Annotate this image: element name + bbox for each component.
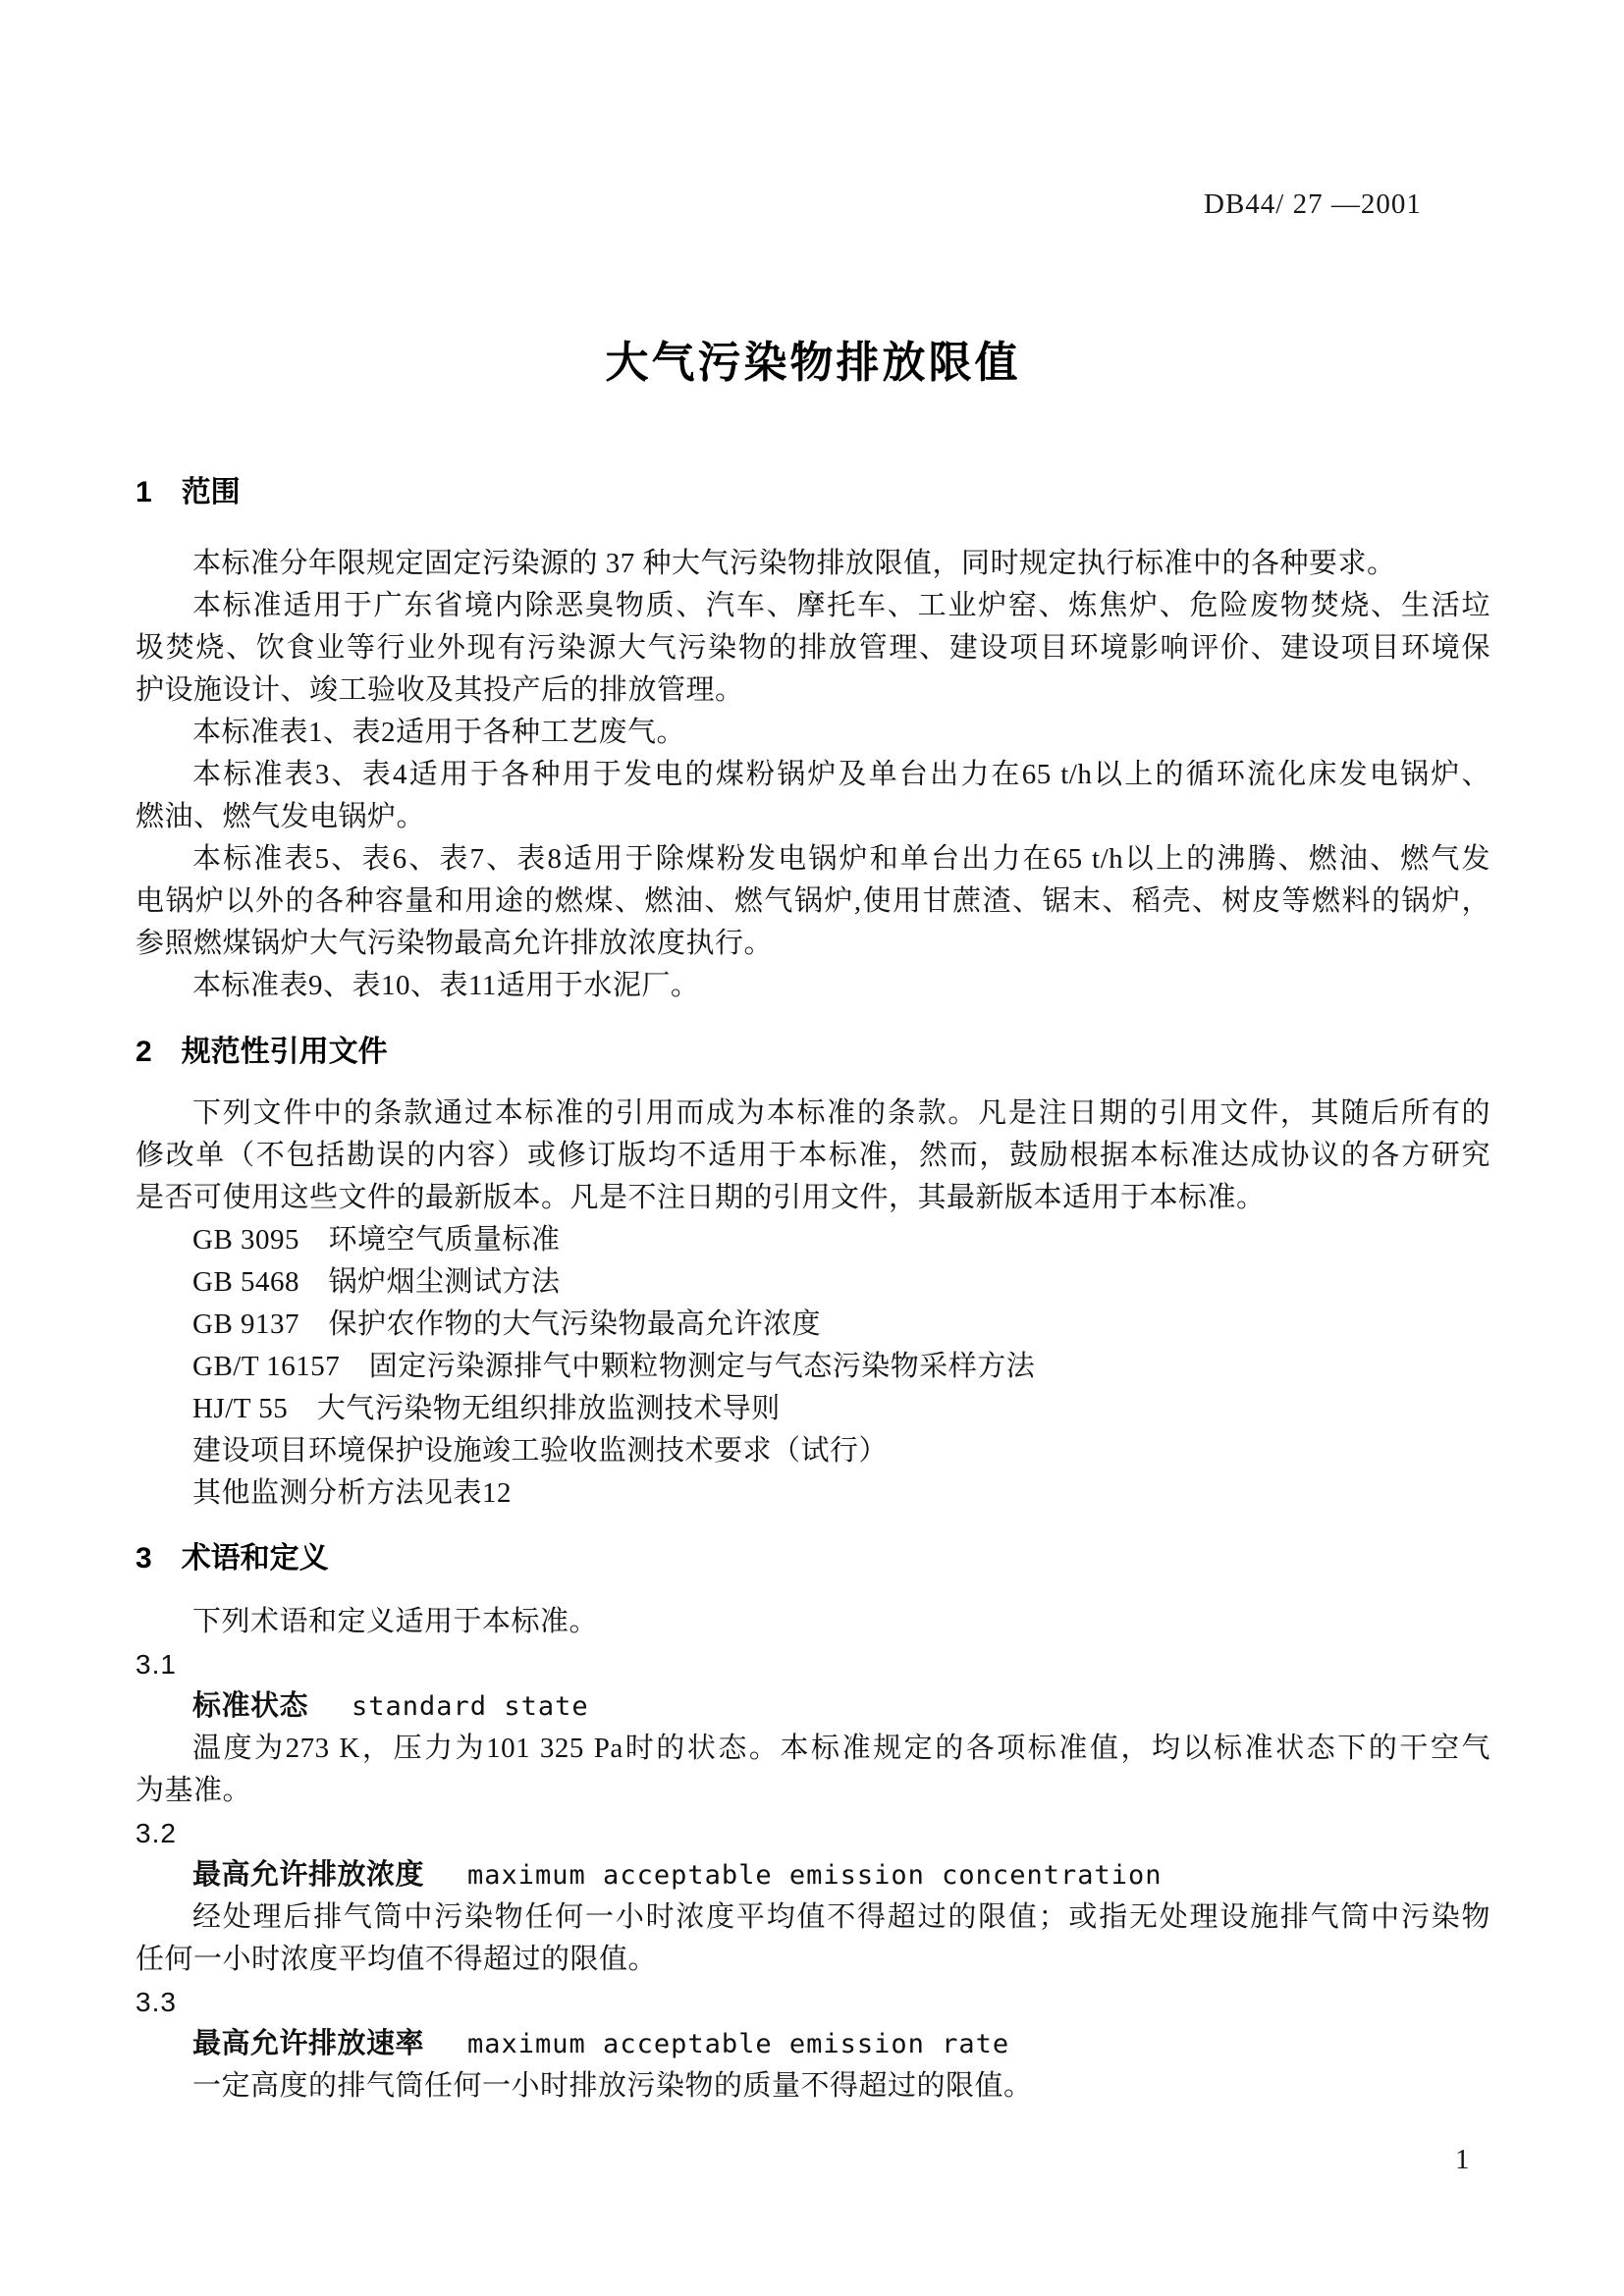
scope-line: 护设施设计、竣工验收及其投产后的排放管理。 bbox=[135, 669, 1490, 712]
reference-item: GB 3095 环境空气质量标准 bbox=[135, 1219, 1490, 1261]
section-2-heading: 2规范性引用文件 bbox=[135, 1031, 1490, 1074]
section-1-heading: 1范围 bbox=[135, 471, 1490, 514]
scope-line: 电锅炉以外的各种容量和用途的燃煤、燃油、燃气锅炉,使用甘蔗渣、锯末、稻壳、树皮等… bbox=[135, 881, 1490, 923]
definition-line: 经处理后排气筒中污染物任何一小时浓度平均值不得超过的限值；或指无处理设施排气筒中… bbox=[135, 1896, 1490, 1939]
scope-line: 本标准表5、表6、表7、表8适用于除煤粉发电锅炉和单台出力在65 t/h以上的沸… bbox=[135, 838, 1490, 881]
references-paragraph-line: 修改单（不包括勘误的内容）或修订版均不适用于本标准，然而，鼓励根据本标准达成协议… bbox=[135, 1135, 1490, 1177]
section-1-number: 1 bbox=[135, 476, 152, 508]
scope-line: 圾焚烧、饮食业等行业外现有污染源大气污染物的排放管理、建设项目环境影响评价、建设… bbox=[135, 627, 1490, 669]
reference-item: 建设项目环境保护设施竣工验收监测技术要求（试行） bbox=[135, 1430, 1490, 1472]
section-3-body: 下列术语和定义适用于本标准。 3.1 标准状态standard state 温度… bbox=[135, 1601, 1490, 2108]
reference-item: GB/T 16157 固定污染源排气中颗粒物测定与气态污染物采样方法 bbox=[135, 1346, 1490, 1388]
term-number: 3.1 bbox=[135, 1643, 1490, 1685]
term-number: 3.2 bbox=[135, 1812, 1490, 1854]
scope-line: 本标准表9、表10、表11适用于水泥厂。 bbox=[135, 965, 1490, 1007]
definition-line: 任何一小时浓度平均值不得超过的限值。 bbox=[135, 1939, 1490, 1981]
term-heading: 标准状态standard state bbox=[135, 1685, 1490, 1728]
page-content: 大气污染物排放限值 1范围 本标准分年限规定固定污染源的 37 种大气污染物排放… bbox=[135, 0, 1490, 2108]
section-2-body: 下列文件中的条款通过本标准的引用而成为本标准的条款。凡是注日期的引用文件，其随后… bbox=[135, 1093, 1490, 1515]
definition-line: 温度为273 K，压力为101 325 Pa时的状态。本标准规定的各项标准值，均… bbox=[135, 1728, 1490, 1770]
terms-intro-line: 下列术语和定义适用于本标准。 bbox=[135, 1601, 1490, 1643]
document-title: 大气污染物排放限值 bbox=[135, 0, 1490, 391]
scope-line: 参照燃煤锅炉大气污染物最高允许排放浓度执行。 bbox=[135, 923, 1490, 965]
definition-line: 一定高度的排气筒任何一小时排放污染物的质量不得超过的限值。 bbox=[135, 2065, 1490, 2108]
page-number: 1 bbox=[1455, 2144, 1470, 2176]
term-heading: 最高允许排放浓度maximum acceptable emission conc… bbox=[135, 1854, 1490, 1896]
section-1-body: 本标准分年限规定固定污染源的 37 种大气污染物排放限值，同时规定执行标准中的各… bbox=[135, 543, 1490, 1007]
definition-line: 为基准。 bbox=[135, 1770, 1490, 1812]
section-1-title: 范围 bbox=[182, 476, 241, 508]
term-name-en: maximum acceptable emission concentratio… bbox=[467, 1860, 1162, 1891]
scope-line: 本标准表3、表4适用于各种用于发电的煤粉锅炉及单台出力在65 t/h以上的循环流… bbox=[135, 754, 1490, 796]
reference-item: GB 9137 保护农作物的大气污染物最高允许浓度 bbox=[135, 1304, 1490, 1346]
section-3-title: 术语和定义 bbox=[182, 1542, 329, 1575]
reference-item: 其他监测分析方法见表12 bbox=[135, 1472, 1490, 1515]
term-name-zh: 标准状态 bbox=[192, 1690, 308, 1722]
term-name-en: standard state bbox=[352, 1691, 589, 1722]
term-name-en: maximum acceptable emission rate bbox=[467, 2029, 1009, 2059]
section-2-title: 规范性引用文件 bbox=[182, 1036, 388, 1068]
reference-item: HJ/T 55 大气污染物无组织排放监测技术导则 bbox=[135, 1388, 1490, 1430]
term-number: 3.3 bbox=[135, 1981, 1490, 2023]
section-3-number: 3 bbox=[135, 1542, 152, 1575]
section-2-number: 2 bbox=[135, 1036, 152, 1068]
reference-item: GB 5468 锅炉烟尘测试方法 bbox=[135, 1261, 1490, 1304]
scope-line: 燃油、燃气发电锅炉。 bbox=[135, 796, 1490, 838]
term-name-zh: 最高允许排放浓度 bbox=[192, 1859, 424, 1891]
term-name-zh: 最高允许排放速率 bbox=[192, 2028, 424, 2059]
section-3-heading: 3术语和定义 bbox=[135, 1537, 1490, 1580]
scope-line: 本标准适用于广东省境内除恶臭物质、汽车、摩托车、工业炉窑、炼焦炉、危险废物焚烧、… bbox=[135, 585, 1490, 627]
term-heading: 最高允许排放速率maximum acceptable emission rate bbox=[135, 2023, 1490, 2065]
scope-line: 本标准表1、表2适用于各种工艺废气。 bbox=[135, 712, 1490, 754]
references-paragraph-line: 下列文件中的条款通过本标准的引用而成为本标准的条款。凡是注日期的引用文件，其随后… bbox=[135, 1093, 1490, 1135]
references-paragraph-line: 是否可使用这些文件的最新版本。凡是不注日期的引用文件，其最新版本适用于本标准。 bbox=[135, 1177, 1490, 1219]
scope-line: 本标准分年限规定固定污染源的 37 种大气污染物排放限值，同时规定执行标准中的各… bbox=[135, 543, 1490, 585]
document-page: DB44/ 27 —2001 大气污染物排放限值 1范围 本标准分年限规定固定污… bbox=[0, 0, 1624, 2296]
